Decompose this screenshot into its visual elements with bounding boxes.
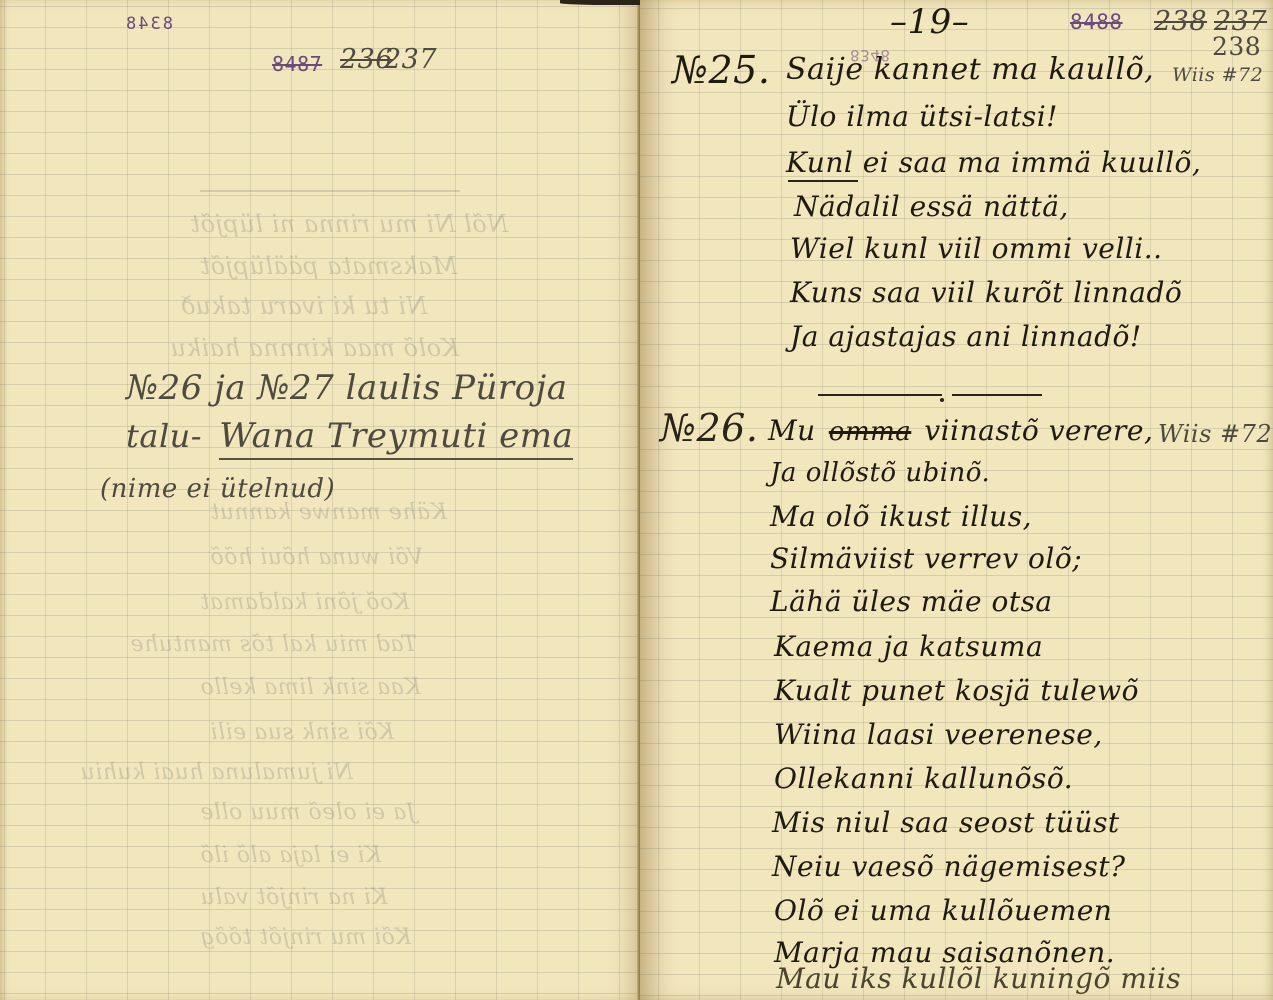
song-26-line: Kaema ja katsuma: [774, 630, 1043, 663]
archive-number-stamp-crossed: 8487: [272, 52, 322, 76]
song-25-line: Ülo ilma ütsi-latsi!: [786, 100, 1058, 133]
ghost-divider: [200, 190, 460, 192]
first-line-start: Mu: [768, 414, 816, 447]
song-26-line: Silmäviist verrev olõ;: [770, 542, 1082, 575]
singer-note-line-2: talu- Wana Treymuti ema: [126, 416, 573, 456]
song-26-line: Neiu vaesõ nägemisest?: [772, 850, 1125, 883]
underline-mark: [788, 180, 858, 182]
song-25-tune-annotation: Wiis #72: [1172, 64, 1263, 86]
song-26-line: Ollekanni kallunõsõ.: [774, 762, 1073, 795]
singer-note-line-1: №26 ja №27 laulis Püroja: [126, 368, 567, 408]
struck-word: omma: [829, 417, 911, 447]
song-26-line: Ja ollõstõ ubinõ.: [770, 458, 990, 488]
song-divider-dot: [940, 398, 944, 402]
song-26-number: №26.: [660, 406, 758, 450]
ghost-line: Või wuna hõui hõõ: [210, 545, 423, 570]
song-26-line: Mau iks kullõl kuningõ miis: [776, 962, 1181, 995]
song-26-line: Ma olõ ikust illus,: [770, 500, 1032, 533]
archive-number-current: 237: [384, 44, 437, 75]
ghost-line: Tad miu kal tõs mantuhe: [130, 632, 417, 657]
singer-note-line-3: (nime ei ütelnud): [100, 474, 335, 504]
song-25-line: Saije kannet ma kaullõ,: [786, 52, 1154, 87]
song-25-line: Kuns saa viil kurõt linnadõ: [790, 276, 1182, 309]
first-line-end: viinastõ verere,: [924, 414, 1153, 447]
singer-name-underlined: Wana Treymuti ema: [219, 416, 573, 460]
ghost-line: Nõl Ni mu rinna ni lüpjõt: [190, 210, 508, 238]
archive-stamp: 8348: [124, 14, 173, 34]
song-25-line: Kunl ei saa ma immä kuullõ,: [786, 146, 1201, 179]
song-25-line-text: Kunl ei saa ma immä kuullõ,: [786, 146, 1201, 179]
song-26-tune-annotation: Wiis #72.: [1158, 420, 1273, 448]
left-page: Nõl Ni mu rinna ni lüpjõt Maksmata päälü…: [0, 0, 640, 1000]
ghost-line: Ja ei oleõ muu olle: [200, 800, 416, 825]
song-26-line: Mis niul saa seost tüüst: [772, 806, 1120, 839]
page-number: –19–: [890, 2, 969, 42]
song-25-line: Nädalil essä nättä,: [794, 190, 1069, 223]
ghost-line: Maksmata päälüpjõt: [200, 252, 457, 280]
ghost-line: Ni jumaluna huai kuhiu: [80, 760, 353, 785]
ghost-line: Koõ jõni kaldamat: [200, 590, 410, 615]
song-26-line: Wiina laasi veerenese,: [774, 718, 1103, 751]
archive-number-current: 238: [1212, 32, 1261, 61]
song-26-first-line: Mu omma viinastõ verere,: [768, 414, 1153, 447]
archive-number-crossed-1: 238: [1154, 6, 1207, 37]
ghost-line: Ki na rinjõt valu: [200, 885, 388, 910]
song-25-number: №25.: [672, 48, 770, 92]
song-25-line: Ja ajastajas ani linnadõ!: [790, 320, 1142, 353]
ghost-line: Ki ei laja alõ ilõ: [200, 843, 381, 868]
ghost-line: Ni tu ki ivaru takuð: [180, 292, 427, 320]
song-divider-left: [818, 394, 942, 396]
song-26-line: Olõ ei uma kullõuemen: [774, 894, 1112, 927]
ghost-line: Kõi sink sua eili: [210, 720, 394, 745]
note-prefix: talu-: [126, 417, 202, 455]
song-26-line: Lähä üles mäe otsa: [770, 585, 1053, 618]
ghost-line: Kolõ maa kinnna haiku: [170, 334, 459, 362]
song-26-line: Kualt punet kosjä tulewõ: [774, 674, 1139, 707]
ghost-line: Kaa sink lima kello: [200, 675, 421, 700]
archive-stamp-crossed: 8488: [1070, 10, 1123, 34]
ghost-line: Kõi mu rinjõt tõõg: [200, 925, 411, 950]
notebook-spread: Nõl Ni mu rinna ni lüpjõt Maksmata päälü…: [0, 0, 1273, 1000]
song-25-line: Wiel kunl viil ommi velli..: [790, 232, 1163, 265]
song-divider-right: [952, 394, 1042, 396]
right-page: –19– 8488 8348 238 237 238 №25. Wiis #72…: [640, 0, 1273, 1000]
